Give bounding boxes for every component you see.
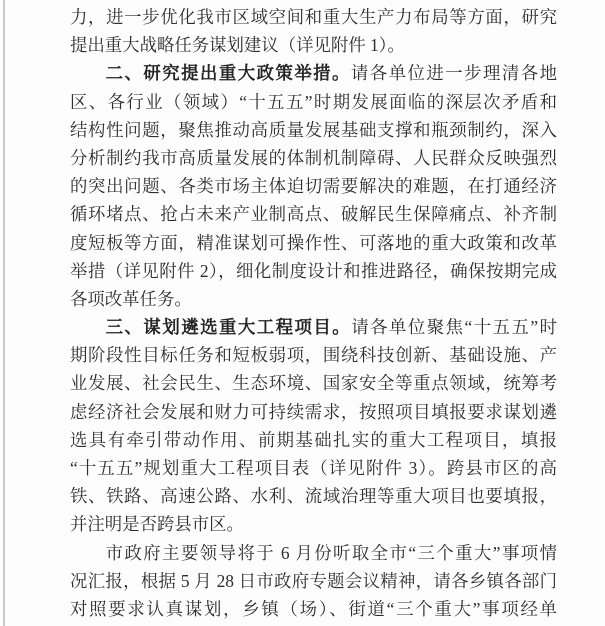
text-line: 铁、铁路、高速公路、水利、流域治理等重大项目也要填报，	[70, 482, 557, 510]
text-line: 虑经济社会发展和财力可持续需求，按照项目填报要求谋划遴	[70, 398, 557, 426]
text-line-body: 提出重大战略任务谋划建议（详见附件 1）。	[70, 35, 405, 55]
text-line-body: 请各单位聚焦“十五五”时	[351, 317, 557, 337]
text-line-body: 对照要求认真谋划，乡镇（场）、街道“三个重大”事项经单	[70, 599, 557, 619]
text-line: 二、研究提出重大政策举措。请各单位进一步理清各地	[70, 59, 557, 87]
section-heading: 三、谋划遴选重大工程项目。	[106, 317, 352, 337]
text-line-body: 虑经济社会发展和财力可持续需求，按照项目填报要求谋划遴	[70, 402, 557, 422]
text-line: 度短板等方面，精准谋划可操作性、可落地的重大政策和改革	[70, 229, 557, 257]
text-line: 业发展、社会民生、生态环境、国家安全等重点领域，统筹考	[70, 369, 557, 397]
text-line-body: 业发展、社会民生、生态环境、国家安全等重点领域，统筹考	[70, 373, 557, 393]
document-text-block: 力，进一步优化我市区域空间和重大生产力布局等方面，研究提出重大战略任务谋划建议（…	[70, 3, 557, 623]
text-line-body: 并注明是否跨县市区。	[70, 514, 244, 534]
text-line: 的突出问题、各类市场主体迫切需要解决的难题，在打通经济	[70, 172, 557, 200]
text-line: 对照要求认真谋划，乡镇（场）、街道“三个重大”事项经单	[70, 595, 557, 623]
text-line: 况汇报，根据 5 月 28 日市政府专题会议精神，请各乡镇各部门	[70, 567, 557, 595]
text-line-body: 结构性问题，聚焦推动高质量发展基础支撑和瓶颈制约，深入	[70, 120, 557, 140]
text-line: 期阶段性目标任务和短板弱项，围绕科技创新、基础设施、产	[70, 341, 557, 369]
text-line-body: 的突出问题、各类市场主体迫切需要解决的难题，在打通经济	[70, 176, 557, 196]
text-line-body: 市政府主要领导将于 6 月份听取全市“三个重大”事项情	[106, 543, 557, 563]
text-line-body: 举措（详见附件 2），细化制度设计和推进路径，确保按期完成	[70, 261, 557, 281]
text-line-body: 请各单位进一步理清各地	[351, 63, 557, 83]
text-line: 并注明是否跨县市区。	[70, 510, 557, 538]
text-line: 分析制约我市高质量发展的体制机制障碍、人民群众反映强烈	[70, 144, 557, 172]
text-line-body: 选具有牵引带动作用、前期基础扎实的重大工程项目，填报	[70, 430, 557, 450]
text-line: 结构性问题，聚焦推动高质量发展基础支撑和瓶颈制约，深入	[70, 116, 557, 144]
text-line: 提出重大战略任务谋划建议（详见附件 1）。	[70, 31, 557, 59]
text-line-body: 况汇报，根据 5 月 28 日市政府专题会议精神，请各乡镇各部门	[70, 571, 557, 591]
text-line: 市政府主要领导将于 6 月份听取全市“三个重大”事项情	[70, 539, 557, 567]
text-line-body: 力，进一步优化我市区域空间和重大生产力布局等方面，研究	[70, 7, 557, 27]
text-line: 选具有牵引带动作用、前期基础扎实的重大工程项目，填报	[70, 426, 557, 454]
text-line: “十五五”规划重大工程项目表（详见附件 3）。跨县市区的高	[70, 454, 557, 482]
section-heading: 二、研究提出重大政策举措。	[106, 63, 351, 83]
text-line: 循环堵点、抢占未来产业制高点、破解民生保障痛点、补齐制	[70, 200, 557, 228]
text-line-body: 循环堵点、抢占未来产业制高点、破解民生保障痛点、补齐制	[70, 204, 557, 224]
text-line-body: 度短板等方面，精准谋划可操作性、可落地的重大政策和改革	[70, 233, 557, 253]
text-line-body: 铁、铁路、高速公路、水利、流域治理等重大项目也要填报，	[70, 486, 557, 506]
text-line-body: 各项改革任务。	[70, 289, 192, 309]
text-line-body: 期阶段性目标任务和短板弱项，围绕科技创新、基础设施、产	[70, 345, 557, 365]
text-line: 各项改革任务。	[70, 285, 557, 313]
text-line: 举措（详见附件 2），细化制度设计和推进路径，确保按期完成	[70, 257, 557, 285]
text-line: 力，进一步优化我市区域空间和重大生产力布局等方面，研究	[70, 3, 557, 31]
text-line-body: 分析制约我市高质量发展的体制机制障碍、人民群众反映强烈	[70, 148, 557, 168]
text-line-body: “十五五”规划重大工程项目表（详见附件 3）。跨县市区的高	[70, 458, 557, 478]
scan-edge-line	[3, 0, 5, 626]
text-line: 区、各行业（领域）“十五五”时期发展面临的深层次矛盾和	[70, 88, 557, 116]
text-line: 三、谋划遴选重大工程项目。请各单位聚焦“十五五”时	[70, 313, 557, 341]
text-line-body: 区、各行业（领域）“十五五”时期发展面临的深层次矛盾和	[70, 92, 557, 112]
